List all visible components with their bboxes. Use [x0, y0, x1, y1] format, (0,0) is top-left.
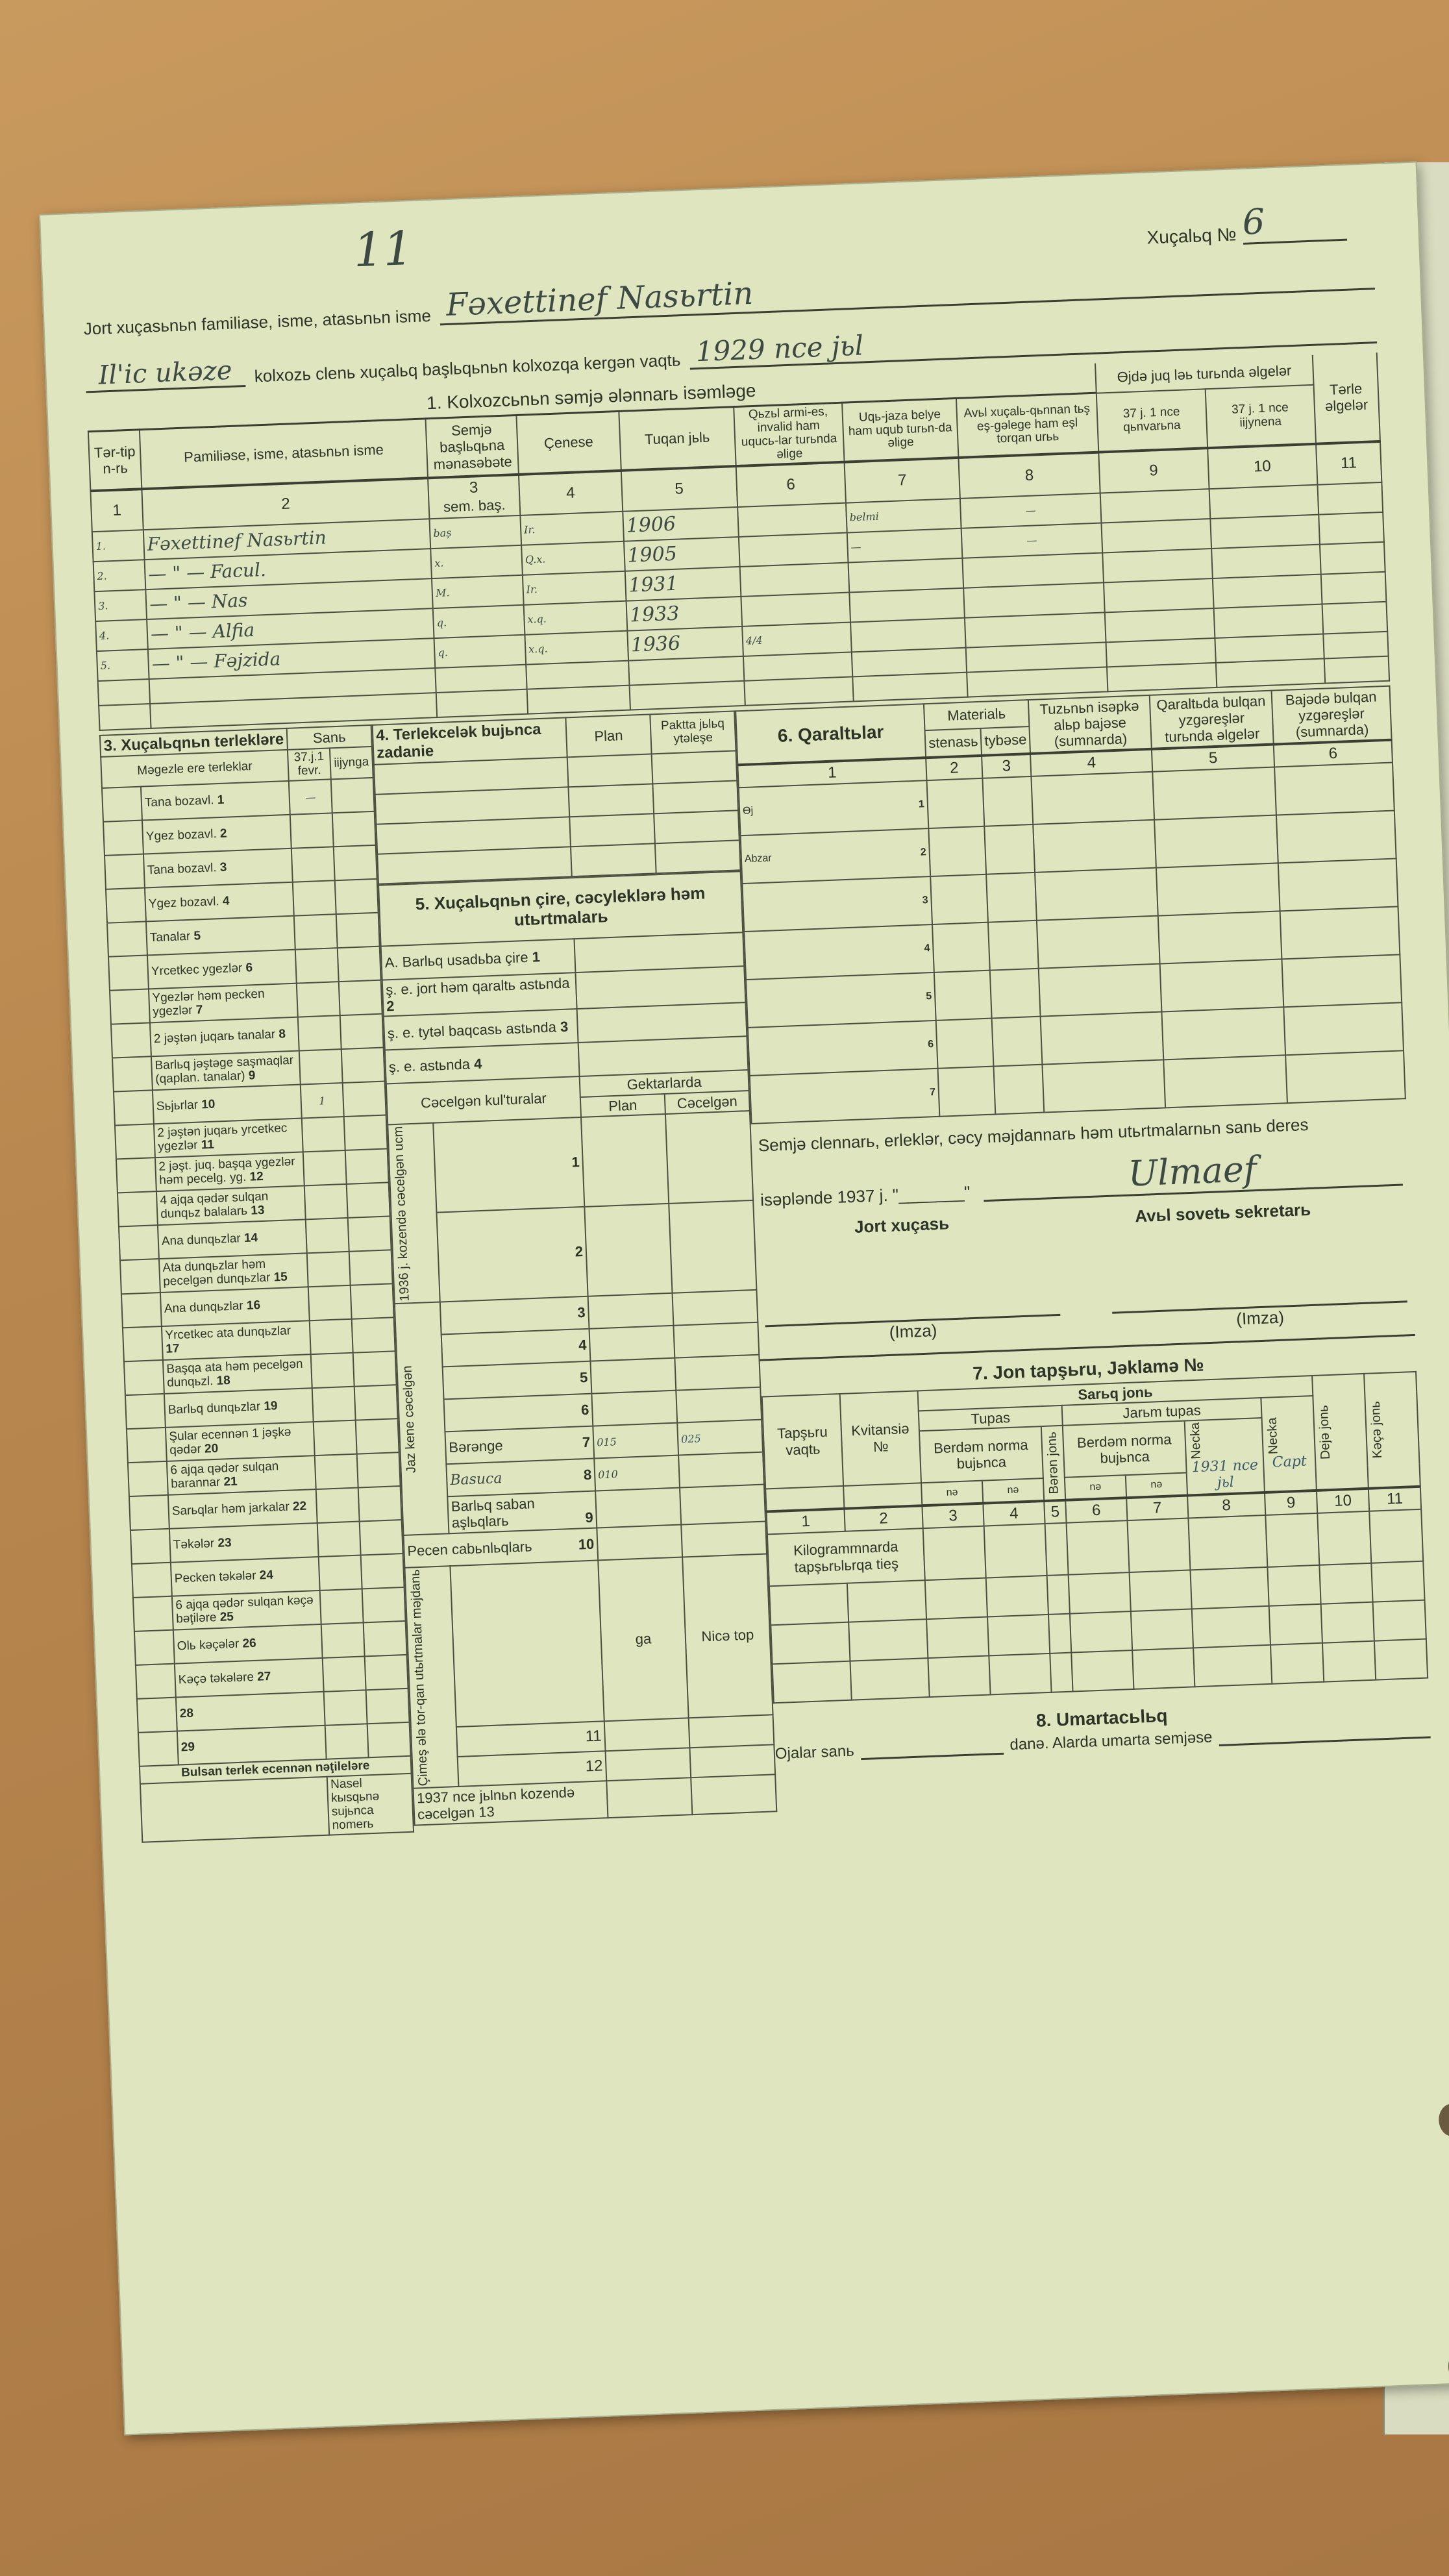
- section-1-family-members: 1. Kolxozcьnьn səmjə ələnnarь isəmləge Ө…: [86, 353, 1390, 731]
- page-content: 11 Xuçalьq № 6 Jort xuçasьnьn familiase,…: [80, 190, 1449, 2400]
- col-num: 11: [1316, 441, 1382, 485]
- col-ga: ga: [598, 1557, 688, 1721]
- kg-label: Kilogrammnarda tapşьrьlьrqa tieş: [767, 1528, 925, 1586]
- binding-hole: [1438, 2103, 1449, 2136]
- land-rows: A. Barlьq usadьba çire 1ş. e. jort həm q…: [381, 932, 749, 1084]
- col-num: 1: [90, 489, 143, 532]
- kolxoz-name-value[interactable]: Il'ic ukəze: [85, 355, 246, 393]
- col-fact: Paktta jьlьq ytəleşe: [650, 711, 736, 754]
- col-num: 6: [736, 462, 845, 506]
- livestock-footer-col: Nasel kыsqьnə sujьnca nomerь: [327, 1774, 414, 1835]
- col-header-6: Qьzьl armi-es, invalid ham uqucь-lar tur…: [734, 402, 844, 465]
- secretary-signature-line[interactable]: [1111, 1261, 1407, 1313]
- household-number-value[interactable]: 6: [1242, 198, 1347, 245]
- count-header: Sanь: [287, 725, 372, 750]
- row-13-label: 1937 nce jьlnьn kozendə cəcelgən 13: [414, 1781, 608, 1825]
- col-num: 7: [844, 458, 960, 503]
- bee-colonies-field[interactable]: [1219, 1736, 1431, 1746]
- building-rows: Өj1Abzar234567: [739, 762, 1406, 1123]
- right-column: 6. Qaraltьlar Materialь Tuzьnьn isəpkə a…: [735, 685, 1433, 1818]
- head-name-value[interactable]: Fəxettinef Nasьrtin: [439, 251, 1375, 325]
- col-header-8: Avьl xuçalь-qьnnan tьş eş-gəlege ham eşl…: [956, 393, 1098, 457]
- col-june: iijynga: [330, 747, 373, 779]
- materials-header: Materialь: [924, 700, 1030, 730]
- col-sown: Cəcelgən: [665, 1091, 750, 1114]
- trees-group: Çimeş ələ tor-qan utьrtmalar məjdanь: [404, 1566, 458, 1789]
- table-row: 2: [391, 1200, 757, 1304]
- col-value: Tuzьnьn isəpkə alьp bajəse (sumnarda): [1028, 695, 1152, 754]
- col-header-1: Tər-tip n-rь: [88, 430, 142, 491]
- col-header-9: 37 j. 1 nce qьnvarьna: [1096, 389, 1207, 452]
- col-count: Nicə top: [682, 1554, 773, 1718]
- col-header-5: Tuqan jьlь: [619, 407, 736, 471]
- household-head-signature-line[interactable]: [763, 1275, 1060, 1327]
- secretary-signature: Ulmaef: [982, 1143, 1403, 1202]
- col-header-7: Uqь-jaza belye ham uqub turьn-da əlige: [842, 399, 959, 462]
- col-num: 8: [959, 452, 1100, 498]
- section-6-buildings: 6. Qaraltьlar Materialь Tuzьnьn isəpkə a…: [735, 685, 1406, 1124]
- col-num: 4: [519, 471, 623, 515]
- col-changes: Qaraltьda bulqan yzgəreşlər turьnda əlge…: [1150, 690, 1274, 749]
- col-header-11: Tərle əlgelər: [1312, 353, 1380, 443]
- col-num: 5: [621, 466, 737, 512]
- ledger-page: 11 Xuçalьq № 6 Jort xuçasьnьn familiase,…: [39, 161, 1449, 2435]
- crop-rows: 1936 j. kozendə cəcelgən ucm 1 2Jaz kene…: [388, 1111, 767, 1568]
- col-header-3: Semjə başlьqьna mənasəbəte: [426, 415, 519, 478]
- crops-header: Cəcelgən kul'turalar: [386, 1076, 581, 1124]
- household-number-label: Xuçalьq №: [1146, 224, 1237, 248]
- kolxoz-label: kolxozь clenь xuçalьq başlьqьnьn kolxozq…: [254, 350, 681, 386]
- section-8-beekeeping: 8. Umartacьlьq Ojalar sanь danə. Alarda …: [774, 1691, 1431, 1763]
- col-plan: Plan: [580, 1094, 665, 1117]
- secretary-title: Avьl sovetь sekretarь: [1135, 1200, 1311, 1226]
- middle-column: 4. Terlekcelək bujьnca zadanie Plan Pakt…: [372, 710, 778, 1832]
- col-feb: 37.j.1 fevr.: [288, 749, 331, 781]
- section-7-wool: Tapşьru vaqtь Kvitansiə № Sarьq jonь Dej…: [762, 1370, 1428, 1703]
- col-num: 10: [1207, 444, 1317, 489]
- col-roof: tybəse: [981, 726, 1030, 756]
- section-5-land: 5. Xuçalьqnьn çire, cəcyleklərə həm utьr…: [378, 871, 777, 1826]
- col-num: 3sem. baş.: [428, 475, 520, 519]
- col-header-2: Pamiliəse, isme, atasьnьn isme: [140, 419, 428, 489]
- section-4-title: 4. Terlekcelək bujьnca zadanie: [373, 717, 567, 765]
- section-6-title: 6. Qaraltьlar: [736, 704, 926, 765]
- lower-sections: 3. Xuçalьqnьn terlekləre Sanь Məgezle er…: [99, 685, 1433, 1842]
- section-3-livestock: 3. Xuçalьqnьn terlekləre Sanь Məgezle er…: [99, 724, 414, 1843]
- col-change-value: Bajədə bulqan yzgəreşlər (sumnarda): [1272, 686, 1392, 744]
- col-header-10: 37 j. 1 nce iijynena: [1205, 385, 1315, 448]
- certification-block: Semjə clennarь, erleklər, cəcy məjdannar…: [751, 1099, 1415, 1361]
- pencil-page-mark: 11: [353, 221, 414, 277]
- table-row: 1936 j. kozendə cəcelgən ucm 1: [388, 1111, 753, 1214]
- household-number-field: Xuçalьq № 6: [1146, 198, 1347, 249]
- col-plan: Plan: [565, 714, 651, 757]
- certification-text-2: isəplənde 1937 j. "_______": [760, 1182, 971, 1210]
- col-num: 9: [1098, 448, 1209, 493]
- livestock-rows: Tana bozavl. 1 — Ygez bozavl. 2 Tana boz…: [102, 778, 411, 1766]
- col-walls: stenasь: [925, 728, 982, 757]
- head-name-label: Jort xuçasьnьn familiase, isme, atasьnьn…: [83, 306, 431, 340]
- col-header-4: Çenese: [516, 412, 621, 475]
- household-head-title: Jort xuçasь: [854, 1213, 949, 1237]
- section-4-livestock-plan: 4. Terlekcelək bujьnca zadanie Plan Pakt…: [372, 710, 741, 885]
- beehive-count-field[interactable]: [861, 1752, 1004, 1759]
